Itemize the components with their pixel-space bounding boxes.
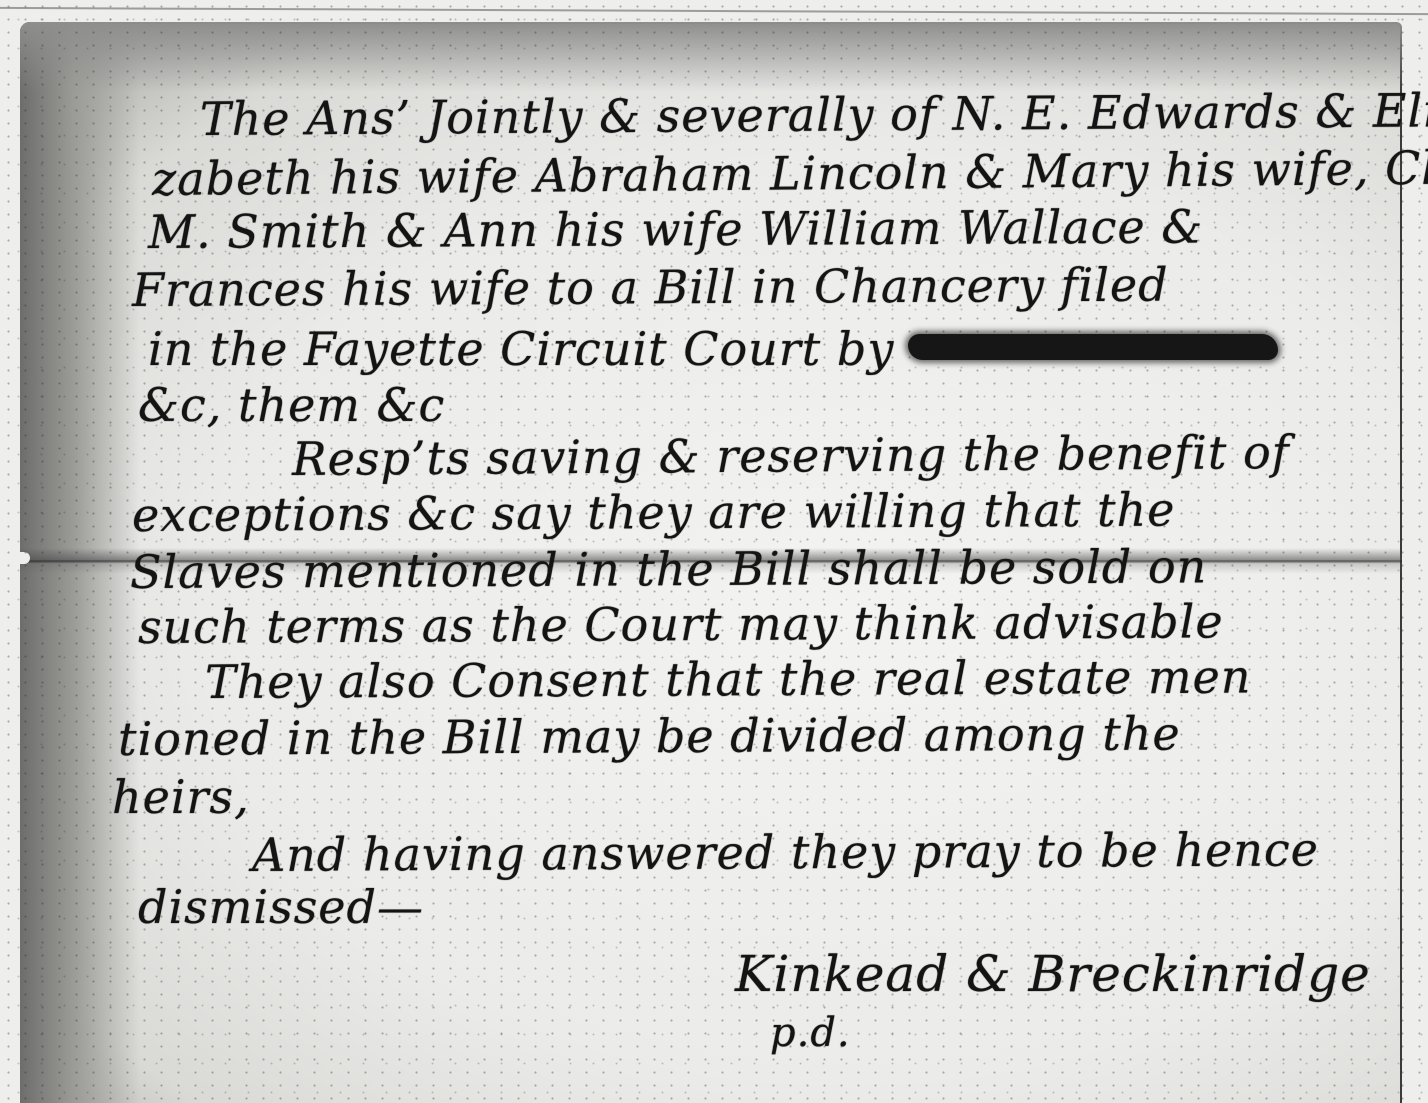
- text-line-5: in the Fayette Circuit Court by: [148, 322, 1278, 376]
- signature-suffix: p.d.: [770, 1010, 851, 1056]
- text-line-11: They also Consent that the real estate m…: [205, 650, 1252, 709]
- text-line-15: dismissed—: [138, 880, 424, 934]
- text-line-2: zabeth his wife Abraham Lincoln & Mary h…: [152, 140, 1428, 206]
- signature-name: Kinkead & Breckinridge: [735, 945, 1371, 1003]
- text-line-3: M. Smith & Ann his wife William Wallace …: [148, 199, 1203, 259]
- text-line-9: Slaves mentioned in the Bill shall be so…: [130, 539, 1208, 599]
- text-line-12: tioned in the Bill may be divided among …: [118, 706, 1181, 766]
- text-line-13: heirs,: [112, 770, 250, 824]
- text-line-14: And having answered they pray to be henc…: [252, 822, 1319, 882]
- text-line-1: The Ans’ Jointly & severally of N. E. Ed…: [200, 83, 1428, 146]
- redacted-name-mark: [908, 334, 1278, 360]
- text-line-10: such terms as the Court may think advisa…: [138, 594, 1224, 654]
- text-line-5-content: in the Fayette Circuit Court by: [148, 322, 894, 376]
- text-line-7: Resp’ts saving & reserving the benefit o…: [292, 425, 1290, 486]
- text-line-8: exceptions &c say they are willing that …: [132, 483, 1176, 542]
- document-photo: he actually de the slave and his that he…: [0, 0, 1428, 1103]
- text-line-6: &c, them &c: [138, 378, 445, 432]
- handwritten-text: The Ans’ Jointly & severally of N. E. Ed…: [0, 0, 1428, 1103]
- text-line-4: Frances his wife to a Bill in Chancery f…: [132, 258, 1169, 317]
